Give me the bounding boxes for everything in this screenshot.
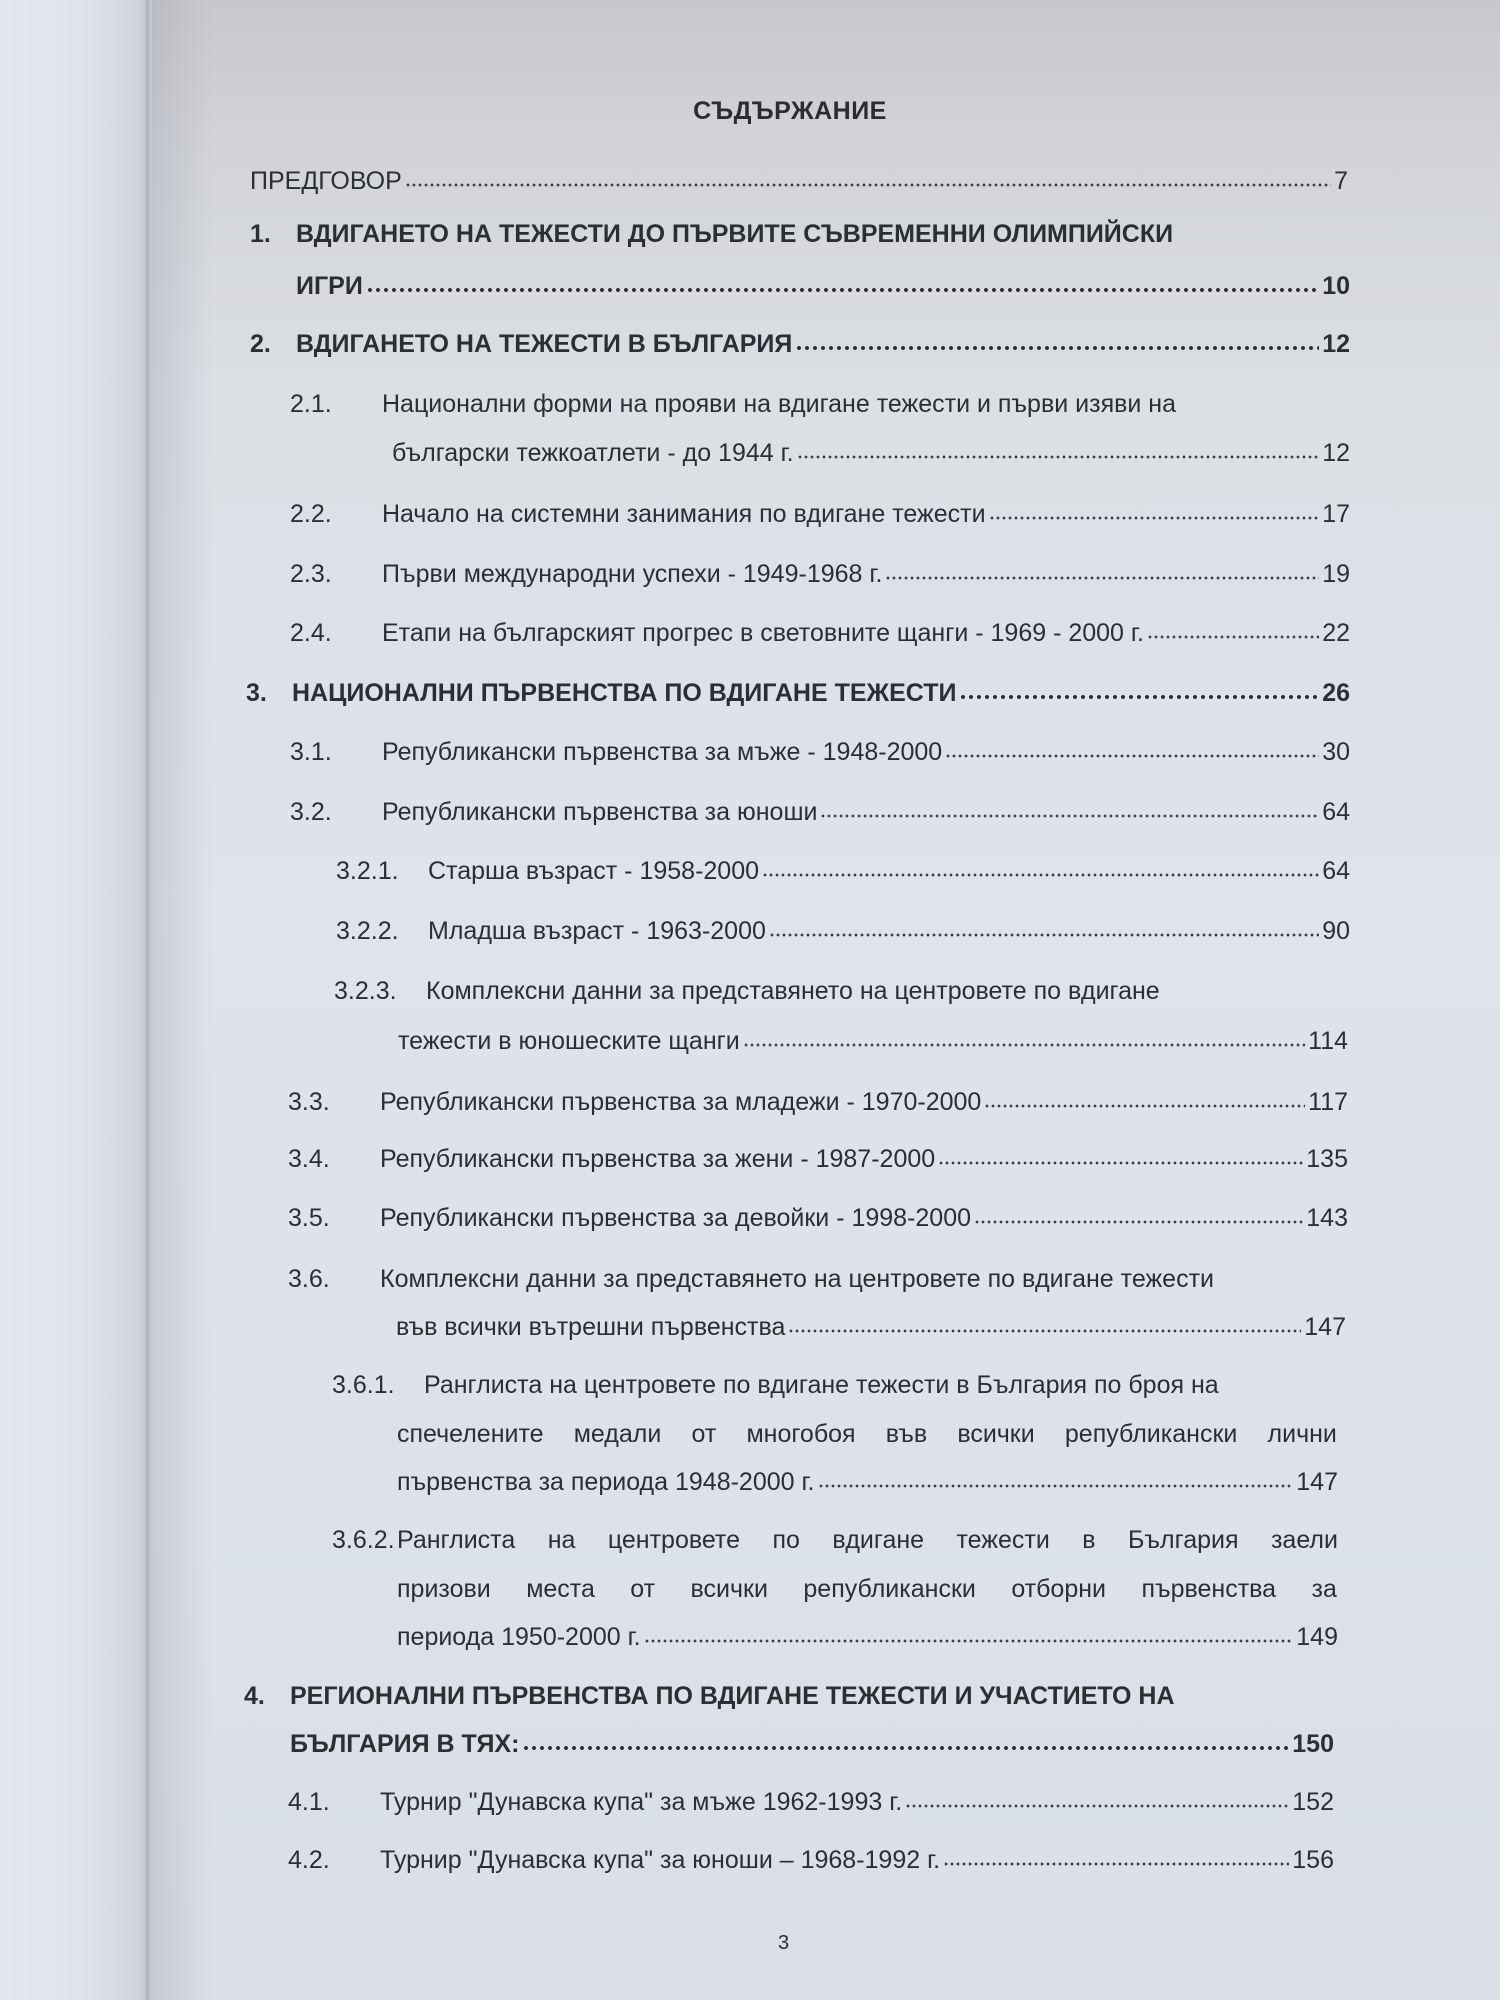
toc-chapter-3[interactable]: 3. НАЦИОНАЛНИ ПЪРВЕНСТВА ПО ВДИГАНЕ ТЕЖЕ… [246,678,1350,708]
toc-chapter-2[interactable]: 2. ВДИГАНЕТО НА ТЕЖЕСТИ В БЪЛГАРИЯ 12 [250,329,1350,359]
toc-subsection-3-6-2-line2[interactable]: призови места от всички републикански от… [397,1574,1337,1604]
dot-leader [644,1638,1294,1644]
dot-leader [989,515,1320,521]
word: заели [1271,1525,1338,1555]
toc-entry-title: Старша възраст - 1958-2000 [428,856,759,886]
dot-leader [820,813,1319,819]
dot-leader [762,872,1319,878]
word: във [886,1419,927,1449]
toc-page-number: 26 [1322,678,1350,708]
dot-leader [797,454,1320,460]
toc-section-2-3[interactable]: 2.3. Първи международни успехи - 1949-19… [290,559,1350,589]
word: републикански [803,1574,975,1604]
toc-page-number: 90 [1322,916,1350,946]
toc-entry-title: ВДИГАНЕТО НА ТЕЖЕСТИ ДО ПЪРВИТЕ СЪВРЕМЕН… [296,220,1173,248]
toc-entry-number: 3.2.1. [336,856,428,886]
word: тежести [957,1525,1050,1555]
toc-subsection-3-2-2[interactable]: 3.2.2. Младша възраст - 1963-2000 90 [336,916,1350,946]
toc-entry-title: ВДИГАНЕТО НА ТЕЖЕСТИ В БЪЛГАРИЯ [296,329,792,359]
toc-section-2-1[interactable]: български тежкоатлети - до 1944 г. 12 [392,438,1350,468]
toc-section-3-4[interactable]: 3.4. Републикански първенства за жени - … [288,1144,1348,1174]
toc-entry-title: Републикански първенства за мъже - 1948-… [382,737,942,767]
toc-page-number: 19 [1322,559,1350,589]
toc-entry-preface[interactable]: ПРЕДГОВОР 7 [250,166,1348,196]
toc-entry-title: Етапи на българският прогрес в световнит… [382,618,1144,648]
word: спечелените [397,1419,544,1449]
toc-entry-number: 3.2. [290,797,382,827]
toc-page-number: 152 [1292,1787,1334,1817]
toc-entry-title: Републикански първенства за младежи - 19… [380,1087,981,1117]
toc-entry-title: РЕГИОНАЛНИ ПЪРВЕНСТВА ПО ВДИГАНЕ ТЕЖЕСТИ… [290,1682,1175,1710]
word: републикански [1065,1419,1237,1449]
toc-entry-title: Комплексни данни за представянето на цен… [426,977,1160,1005]
toc-entry-number: 2.1. [290,389,382,419]
dot-leader [905,1803,1289,1809]
toc-page-number: 7 [1334,166,1348,196]
toc-entry-title-cont: първенства за периода 1948-2000 г. [397,1467,815,1497]
dot-leader [769,932,1319,938]
toc-entry-title: Републикански първенства за юноши [382,797,817,827]
toc-entry-title: Републикански първенства за жени - 1987-… [380,1144,935,1174]
toc-page-number: 143 [1306,1203,1348,1233]
dot-leader [818,1483,1294,1489]
page-title: СЪДЪРЖАНИЕ [0,97,1500,126]
dot-leader [974,1219,1303,1225]
toc-entry-title: Национални форми на прояви на вдигане те… [382,390,1176,418]
toc-page-number: 64 [1322,797,1350,827]
toc-entry-title-cont: БЪЛГАРИЯ В ТЯХ: [290,1729,519,1759]
toc-page-number: 149 [1296,1622,1338,1652]
toc-entry-number: 2.4. [290,618,382,648]
toc-entry-title: Младша възраст - 1963-2000 [428,916,766,946]
toc-page-number: 117 [1308,1087,1348,1117]
toc-entry-number: 3.1. [290,737,382,767]
toc-entry-number: 3.5. [288,1203,380,1233]
dot-leader [885,575,1319,581]
word: от [630,1574,655,1604]
toc-section-2-1-line1[interactable]: 2.1.Национални форми на прояви на вдиган… [290,389,1176,419]
toc-subsection-3-6-2-line1[interactable]: 3.6.2. Ранглиста на центровете по вдиган… [332,1525,1338,1555]
word: медали [574,1419,662,1449]
dot-leader [943,1861,1289,1867]
toc-entry-title: НАЦИОНАЛНИ ПЪРВЕНСТВА ПО ВДИГАНЕ ТЕЖЕСТИ [292,678,956,708]
toc-entry-number: 3.3. [288,1087,380,1117]
toc-subsection-3-2-1[interactable]: 3.2.1. Старша възраст - 1958-2000 64 [336,856,1350,886]
toc-entry-number: 2.2. [290,499,382,529]
toc-page-number: 12 [1322,329,1350,359]
word: лични [1268,1419,1337,1449]
toc-entry-title-cont: ИГРИ [296,271,363,301]
dot-leader [788,1328,1301,1334]
toc-chapter-4-line1[interactable]: 4.РЕГИОНАЛНИ ПЪРВЕНСТВА ПО ВДИГАНЕ ТЕЖЕС… [244,1681,1175,1711]
toc-chapter-1-line1[interactable]: 1.ВДИГАНЕТО НА ТЕЖЕСТИ ДО ПЪРВИТЕ СЪВРЕМ… [250,219,1173,249]
toc-chapter-4[interactable]: БЪЛГАРИЯ В ТЯХ: 150 [290,1729,1334,1759]
word: Ранглиста [397,1525,515,1555]
word: всички [691,1574,768,1604]
toc-subsection-3-2-3[interactable]: тежести в юношеските щанги 114 [398,1026,1348,1056]
toc-page-number: 12 [1322,438,1350,468]
toc-subsection-3-6-1-line1[interactable]: 3.6.1.Ранглиста на центровете по вдигане… [332,1370,1219,1400]
toc-entry-number: 3.6.1. [332,1370,424,1400]
toc-entry-number: 2.3. [290,559,382,589]
toc-entry-number: 4.1. [288,1787,380,1817]
toc-page-number: 156 [1292,1845,1334,1875]
toc-section-3-1[interactable]: 3.1. Републикански първенства за мъже - … [290,737,1350,767]
toc-entry-number: 4. [244,1681,290,1711]
justified-line: Ранглиста на центровете по вдигане тежес… [397,1525,1338,1555]
word: по [772,1525,799,1555]
toc-entry-title: ПРЕДГОВОР [250,166,402,196]
adjacent-page-edge [0,0,150,2000]
toc-section-3-5[interactable]: 3.5. Републикански първенства за девойки… [288,1203,1348,1233]
page-number: 3 [778,1932,789,1955]
toc-section-2-4[interactable]: 2.4. Етапи на българският прогрес в свет… [290,618,1350,648]
toc-entry-number: 3.2.3. [334,976,426,1006]
toc-section-3-6-line1[interactable]: 3.6.Комплексни данни за представянето на… [288,1264,1214,1294]
toc-subsection-3-6-2[interactable]: периода 1950-2000 г. 149 [397,1622,1338,1652]
dot-leader [1147,634,1319,640]
toc-page-number: 22 [1322,618,1350,648]
toc-entry-title: Начало на системни занимания по вдигане … [382,499,986,529]
toc-entry-title: Първи международни успехи - 1949-1968 г. [382,559,882,589]
dot-leader [743,1042,1305,1048]
toc-page-number: 114 [1308,1026,1348,1056]
toc-page-number: 147 [1296,1467,1338,1497]
toc-page-number: 17 [1322,499,1350,529]
dot-leader [984,1103,1305,1109]
toc-chapter-1[interactable]: ИГРИ 10 [296,271,1350,301]
toc-subsection-3-6-1[interactable]: първенства за периода 1948-2000 г. 147 [397,1467,1338,1497]
word: центровете [608,1525,740,1555]
toc-entry-title: Комплексни данни за представянето на цен… [380,1265,1214,1293]
toc-entry-title-cont: тежести в юношеските щанги [398,1026,740,1056]
toc-page-number: 10 [1322,271,1350,301]
toc-section-2-2[interactable]: 2.2. Начало на системни занимания по вди… [290,499,1350,529]
toc-subsection-3-6-1-line2[interactable]: спечелените медали от многобоя във всичк… [397,1419,1337,1449]
toc-entry-title: Републикански първенства за девойки - 19… [380,1203,971,1233]
word: за [1312,1574,1337,1604]
toc-entry-number: 1. [250,219,296,249]
word: вдигане [832,1525,924,1555]
toc-entry-number: 3.4. [288,1144,380,1174]
toc-entry-title: Ранглиста на центровете по вдигане тежес… [424,1371,1219,1399]
word: първенства [1141,1574,1276,1604]
toc-entry-number: 3.2.2. [336,916,428,946]
toc-entry-title-cont: български тежкоатлети - до 1944 г. [392,438,794,468]
toc-subsection-3-2-3-line1[interactable]: 3.2.3.Комплексни данни за представянето … [334,976,1160,1006]
toc-entry-number: 2. [250,329,296,359]
word: България [1128,1525,1239,1555]
word: многобоя [746,1419,855,1449]
word: отборни [1011,1574,1106,1604]
dot-leader [366,287,1319,293]
toc-entry-title: Турнир "Дунавска купа" за мъже 1962-1993… [380,1787,902,1817]
toc-page-number: 150 [1292,1729,1334,1759]
word: от [691,1419,716,1449]
toc-entry-number: 3.6. [288,1264,380,1294]
dot-leader [945,753,1319,759]
dot-leader [959,694,1319,700]
dot-leader [938,1160,1303,1166]
toc-entry-number: 3.6.2. [332,1525,397,1555]
toc-entry-title: Турнир "Дунавска купа" за юноши – 1968-1… [380,1845,940,1875]
word: места [526,1574,595,1604]
toc-page-number: 30 [1322,737,1350,767]
toc-section-3-2[interactable]: 3.2. Републикански първенства за юноши 6… [290,797,1350,827]
toc-section-3-6[interactable]: във всички вътрешни първенства 147 [396,1312,1346,1342]
toc-page-number: 64 [1322,856,1350,886]
toc-page-number: 135 [1306,1144,1348,1174]
dot-leader [405,182,1331,188]
toc-entry-title-cont: периода 1950-2000 г. [397,1622,641,1652]
toc-section-3-3[interactable]: 3.3. Републикански първенства за младежи… [288,1087,1348,1117]
dot-leader [522,1745,1289,1751]
toc-section-4-2[interactable]: 4.2. Турнир "Дунавска купа" за юноши – 1… [288,1845,1334,1875]
word: призови [397,1574,491,1604]
toc-page-number: 147 [1304,1312,1346,1342]
word: всички [957,1419,1034,1449]
toc-entry-number: 4.2. [288,1845,380,1875]
word: в [1082,1525,1095,1555]
toc-entry-number: 3. [246,678,292,708]
word: на [548,1525,576,1555]
toc-entry-title-cont: във всички вътрешни първенства [396,1312,785,1342]
toc-section-4-1[interactable]: 4.1. Турнир "Дунавска купа" за мъже 1962… [288,1787,1334,1817]
dot-leader [795,345,1319,351]
